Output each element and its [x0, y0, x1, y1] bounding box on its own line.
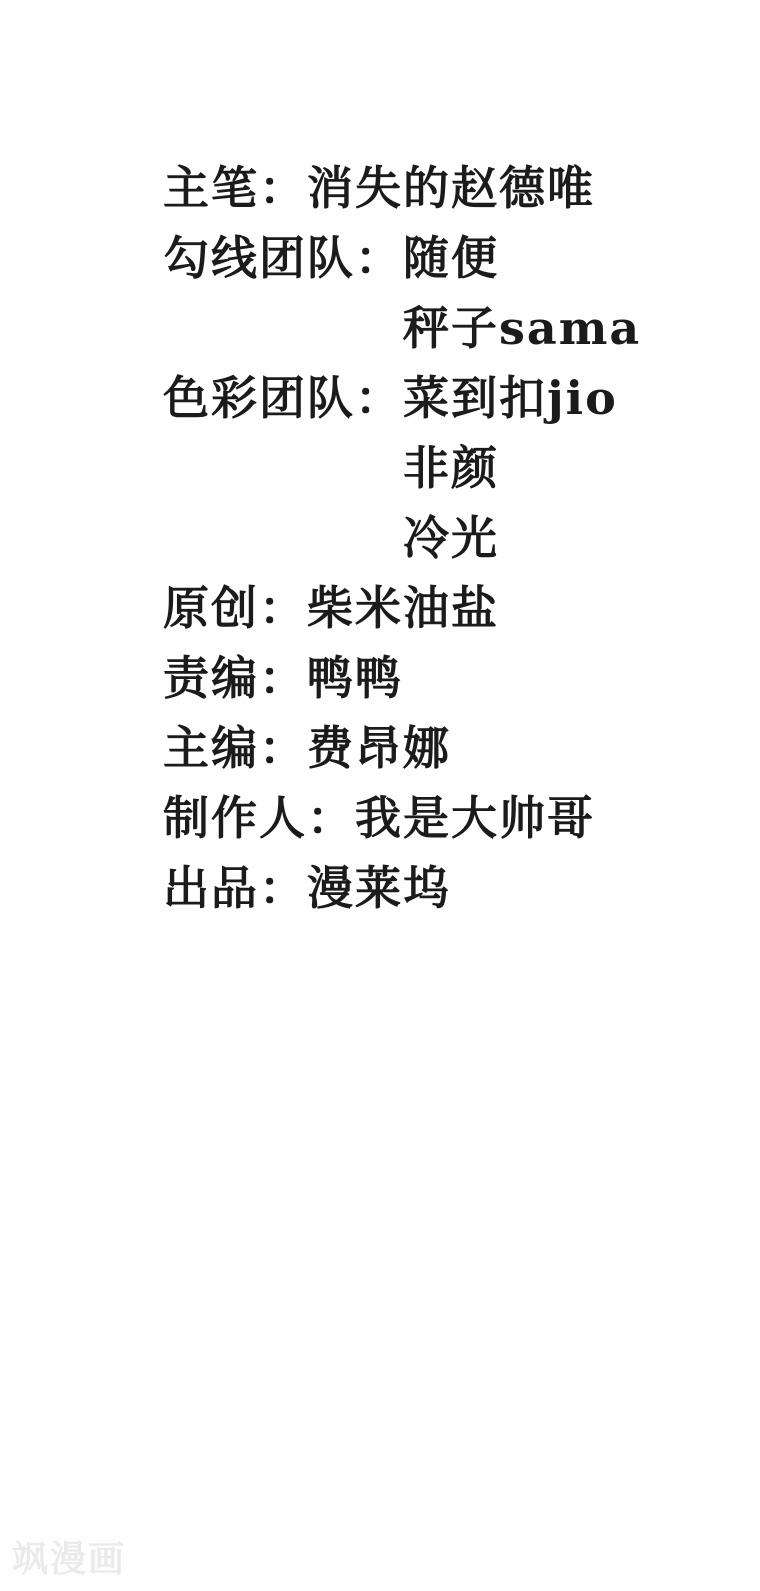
- credit-name: 鸭鸭: [307, 643, 403, 713]
- credit-name: 费昂娜: [307, 713, 451, 783]
- credit-names: 我是大帅哥: [355, 783, 595, 853]
- credit-role-label: 主笔：: [163, 153, 307, 223]
- credit-name: 消失的赵德唯: [307, 153, 595, 223]
- credit-names: 随便秤子sama: [403, 223, 641, 363]
- credit-entry: 主笔：消失的赵德唯: [163, 153, 641, 223]
- credit-entry: 色彩团队：菜到扣jio非颜冷光: [163, 363, 641, 573]
- credit-entry: 责编：鸭鸭: [163, 643, 641, 713]
- credit-name: 非颜: [403, 433, 618, 503]
- credit-role-label: 色彩团队：: [163, 363, 403, 433]
- credit-entry: 原创：柴米油盐: [163, 573, 641, 643]
- credit-name: 秤子sama: [403, 293, 641, 363]
- credit-name: 菜到扣jio: [403, 363, 618, 433]
- credit-names: 消失的赵德唯: [307, 153, 595, 223]
- credit-role-label: 原创：: [163, 573, 307, 643]
- credit-entry: 制作人：我是大帅哥: [163, 783, 641, 853]
- credit-names: 柴米油盐: [307, 573, 499, 643]
- watermark: 飒漫画: [12, 1538, 126, 1581]
- credit-name: 柴米油盐: [307, 573, 499, 643]
- credit-entry: 勾线团队：随便秤子sama: [163, 223, 641, 363]
- credit-name: 漫莱坞: [307, 853, 451, 923]
- credit-name: 我是大帅哥: [355, 783, 595, 853]
- credit-entry: 主编：费昂娜: [163, 713, 641, 783]
- credit-names: 漫莱坞: [307, 853, 451, 923]
- comic-credits-page: 主笔：消失的赵德唯勾线团队：随便秤子sama色彩团队：菜到扣jio非颜冷光原创：…: [0, 0, 760, 1591]
- credit-names: 鸭鸭: [307, 643, 403, 713]
- credit-role-label: 责编：: [163, 643, 307, 713]
- credit-names: 菜到扣jio非颜冷光: [403, 363, 618, 573]
- credit-name: 随便: [403, 223, 641, 293]
- credits-block: 主笔：消失的赵德唯勾线团队：随便秤子sama色彩团队：菜到扣jio非颜冷光原创：…: [163, 153, 641, 923]
- credit-role-label: 勾线团队：: [163, 223, 403, 293]
- credit-name: 冷光: [403, 503, 618, 573]
- credit-role-label: 主编：: [163, 713, 307, 783]
- credit-role-label: 制作人：: [163, 783, 355, 853]
- credit-role-label: 出品：: [163, 853, 307, 923]
- credit-names: 费昂娜: [307, 713, 451, 783]
- credit-entry: 出品：漫莱坞: [163, 853, 641, 923]
